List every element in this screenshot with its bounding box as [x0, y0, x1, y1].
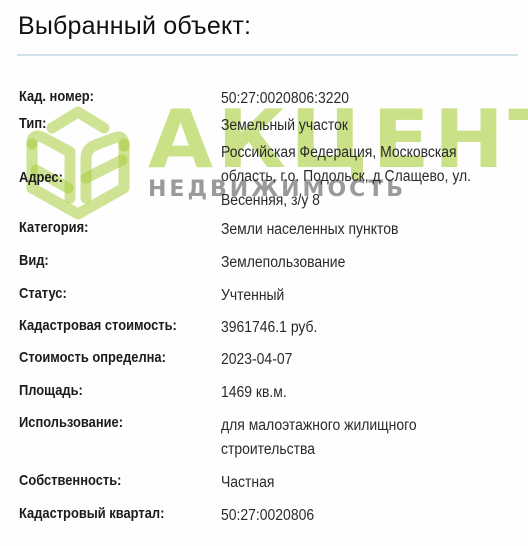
property-label: Статус:	[19, 285, 67, 302]
property-value: 1469 кв.м.	[221, 382, 491, 404]
property-value: 3961746.1 руб.	[221, 317, 491, 339]
property-label: Кад. номер:	[19, 88, 94, 105]
property-label: Стоимость определна:	[19, 349, 166, 366]
property-label: Категория:	[19, 219, 88, 236]
property-label: Использование:	[19, 414, 123, 431]
property-value: Российская Федерация, Московская область…	[221, 141, 491, 213]
property-value: Учтенный	[221, 285, 491, 307]
title-divider	[17, 54, 518, 56]
property-value: Частная	[221, 472, 491, 494]
property-value[interactable]: 50:27:0020806	[221, 505, 491, 527]
property-label: Собственность:	[19, 472, 121, 489]
property-label: Кадастровый квартал:	[19, 505, 164, 522]
property-value: для малоэтажного жилищного строительства	[221, 414, 455, 462]
property-value: Землепользование	[221, 252, 491, 274]
property-value: Земельный участок	[221, 115, 491, 137]
page-title: Выбранный объект:	[18, 12, 251, 41]
property-label: Вид:	[19, 252, 49, 269]
property-label: Площадь:	[19, 382, 83, 399]
property-label: Тип:	[19, 115, 46, 132]
property-label: Кадастровая стоимость:	[19, 317, 177, 334]
property-value: Земли населенных пунктов	[221, 219, 491, 241]
property-value: 2023-04-07	[221, 349, 491, 371]
property-label: Адрес:	[19, 169, 63, 186]
property-value[interactable]: 50:27:0020806:3220	[221, 88, 491, 110]
